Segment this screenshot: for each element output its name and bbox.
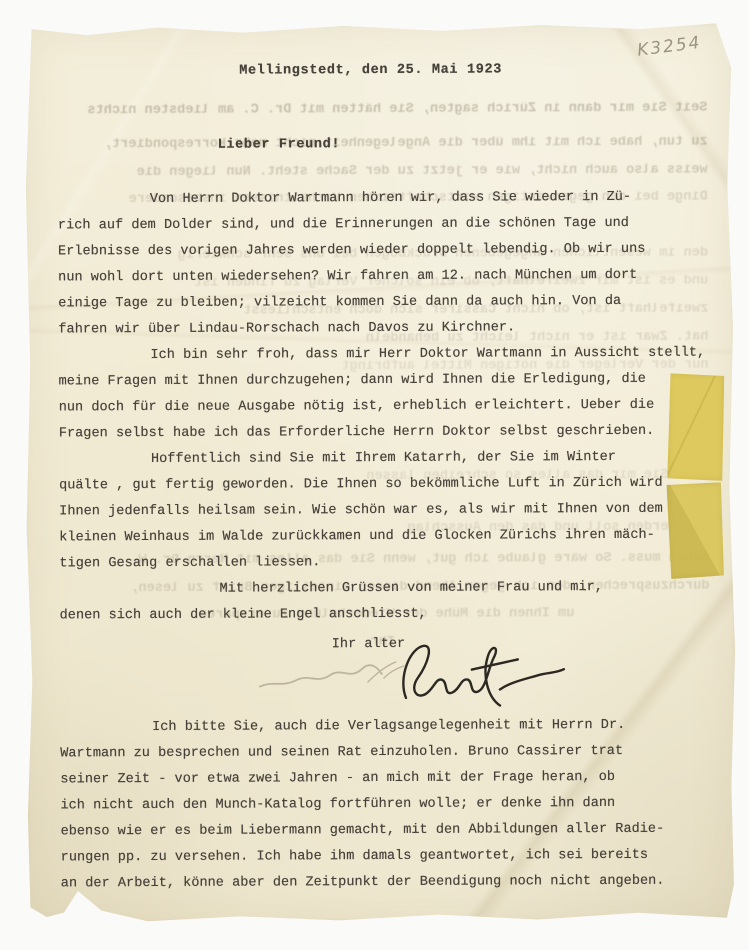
letter-body: Von Herrn Doktor Wartmann hören wir, das… [58, 185, 702, 578]
typed-line: rungen pp. zu versehen. Ich habe ihm dam… [61, 843, 703, 872]
signature-schiefler [376, 639, 576, 714]
typed-line: ebenso wie er es beim Liebermann gemacht… [61, 817, 703, 846]
paragraph: Hoffentlich sind Sie mit Ihrem Katarrh, … [59, 445, 702, 578]
typed-line: meine Fragen mit Ihnen durchzugehen; dan… [59, 367, 701, 396]
typed-line: nun doch für die neue Ausgabe nötig ist,… [59, 393, 701, 422]
letter-paper: K3254 Seit Sie mir dann in Zürich sagten… [23, 22, 737, 923]
typed-line: nun wohl dort unten wiedersehen? Wir fah… [58, 263, 700, 292]
typed-line: an der Arbeit, könne aber den Zeitpunkt … [61, 869, 703, 898]
typed-line: Ihnen jedenfalls heilsam sein. Wie schön… [59, 497, 701, 526]
closing-line: denen sich auch der kleine Engel anschli… [60, 601, 702, 630]
signature-block [60, 653, 702, 716]
typed-line: kleinen Weinhaus im Walde zurückkamen un… [59, 523, 701, 552]
typed-line: rich auf dem Dolder sind, und die Erinne… [58, 211, 700, 240]
typed-line: quälte , gut fertig geworden. Die Ihnen … [59, 471, 701, 500]
typed-line: tigen Gesang erschallen liessen. [59, 549, 701, 578]
closing-line: Mit herzlichen Grüssen von meiner Frau u… [219, 575, 701, 603]
typed-line: Von Herrn Doktor Wartmann hören wir, das… [58, 185, 700, 214]
scan-background: { "scan": { "catalog_number": "K3254" },… [0, 0, 749, 950]
letter-text: Mellingstedt, den 25. Mai 1923 Lieber Fr… [57, 47, 703, 898]
salutation: Lieber Freund! [218, 131, 700, 159]
typed-line: Erlebnisse des vorigen Jahres werden wie… [58, 237, 700, 266]
typed-line: Fragen selbst habe ich das Erforderliche… [59, 419, 701, 448]
paragraph: Von Herrn Doktor Wartmann hören wir, das… [58, 185, 701, 344]
typed-line: seiner Zeit - vor etwa zwei Jahren - an … [60, 765, 702, 794]
typed-line: Ich bin sehr froh, dass mir Herr Doktor … [58, 341, 700, 370]
typed-line: ich nicht auch den Munch-Katalog fortfüh… [60, 791, 702, 820]
dateline: Mellingstedt, den 25. Mai 1923 [239, 57, 699, 85]
typed-line: Hoffentlich sind Sie mit Ihrem Katarrh, … [59, 445, 701, 474]
typed-line: einige Tage zu bleiben; vilzeicht kommen… [58, 289, 700, 318]
typed-line: Wartmann zu besprechen und seinen Rat ei… [60, 739, 702, 768]
edge-smudge-mark [85, 24, 98, 30]
postscript: Ich bitte Sie, auch die Verlagsangelegen… [60, 713, 703, 898]
typed-line: Ich bitte Sie, auch die Verlagsangelegen… [60, 713, 702, 742]
paragraph: Ich bin sehr froh, dass mir Herr Doktor … [58, 341, 700, 448]
typed-line: fahren wir über Lindau-Rorschach nach Da… [58, 315, 700, 344]
